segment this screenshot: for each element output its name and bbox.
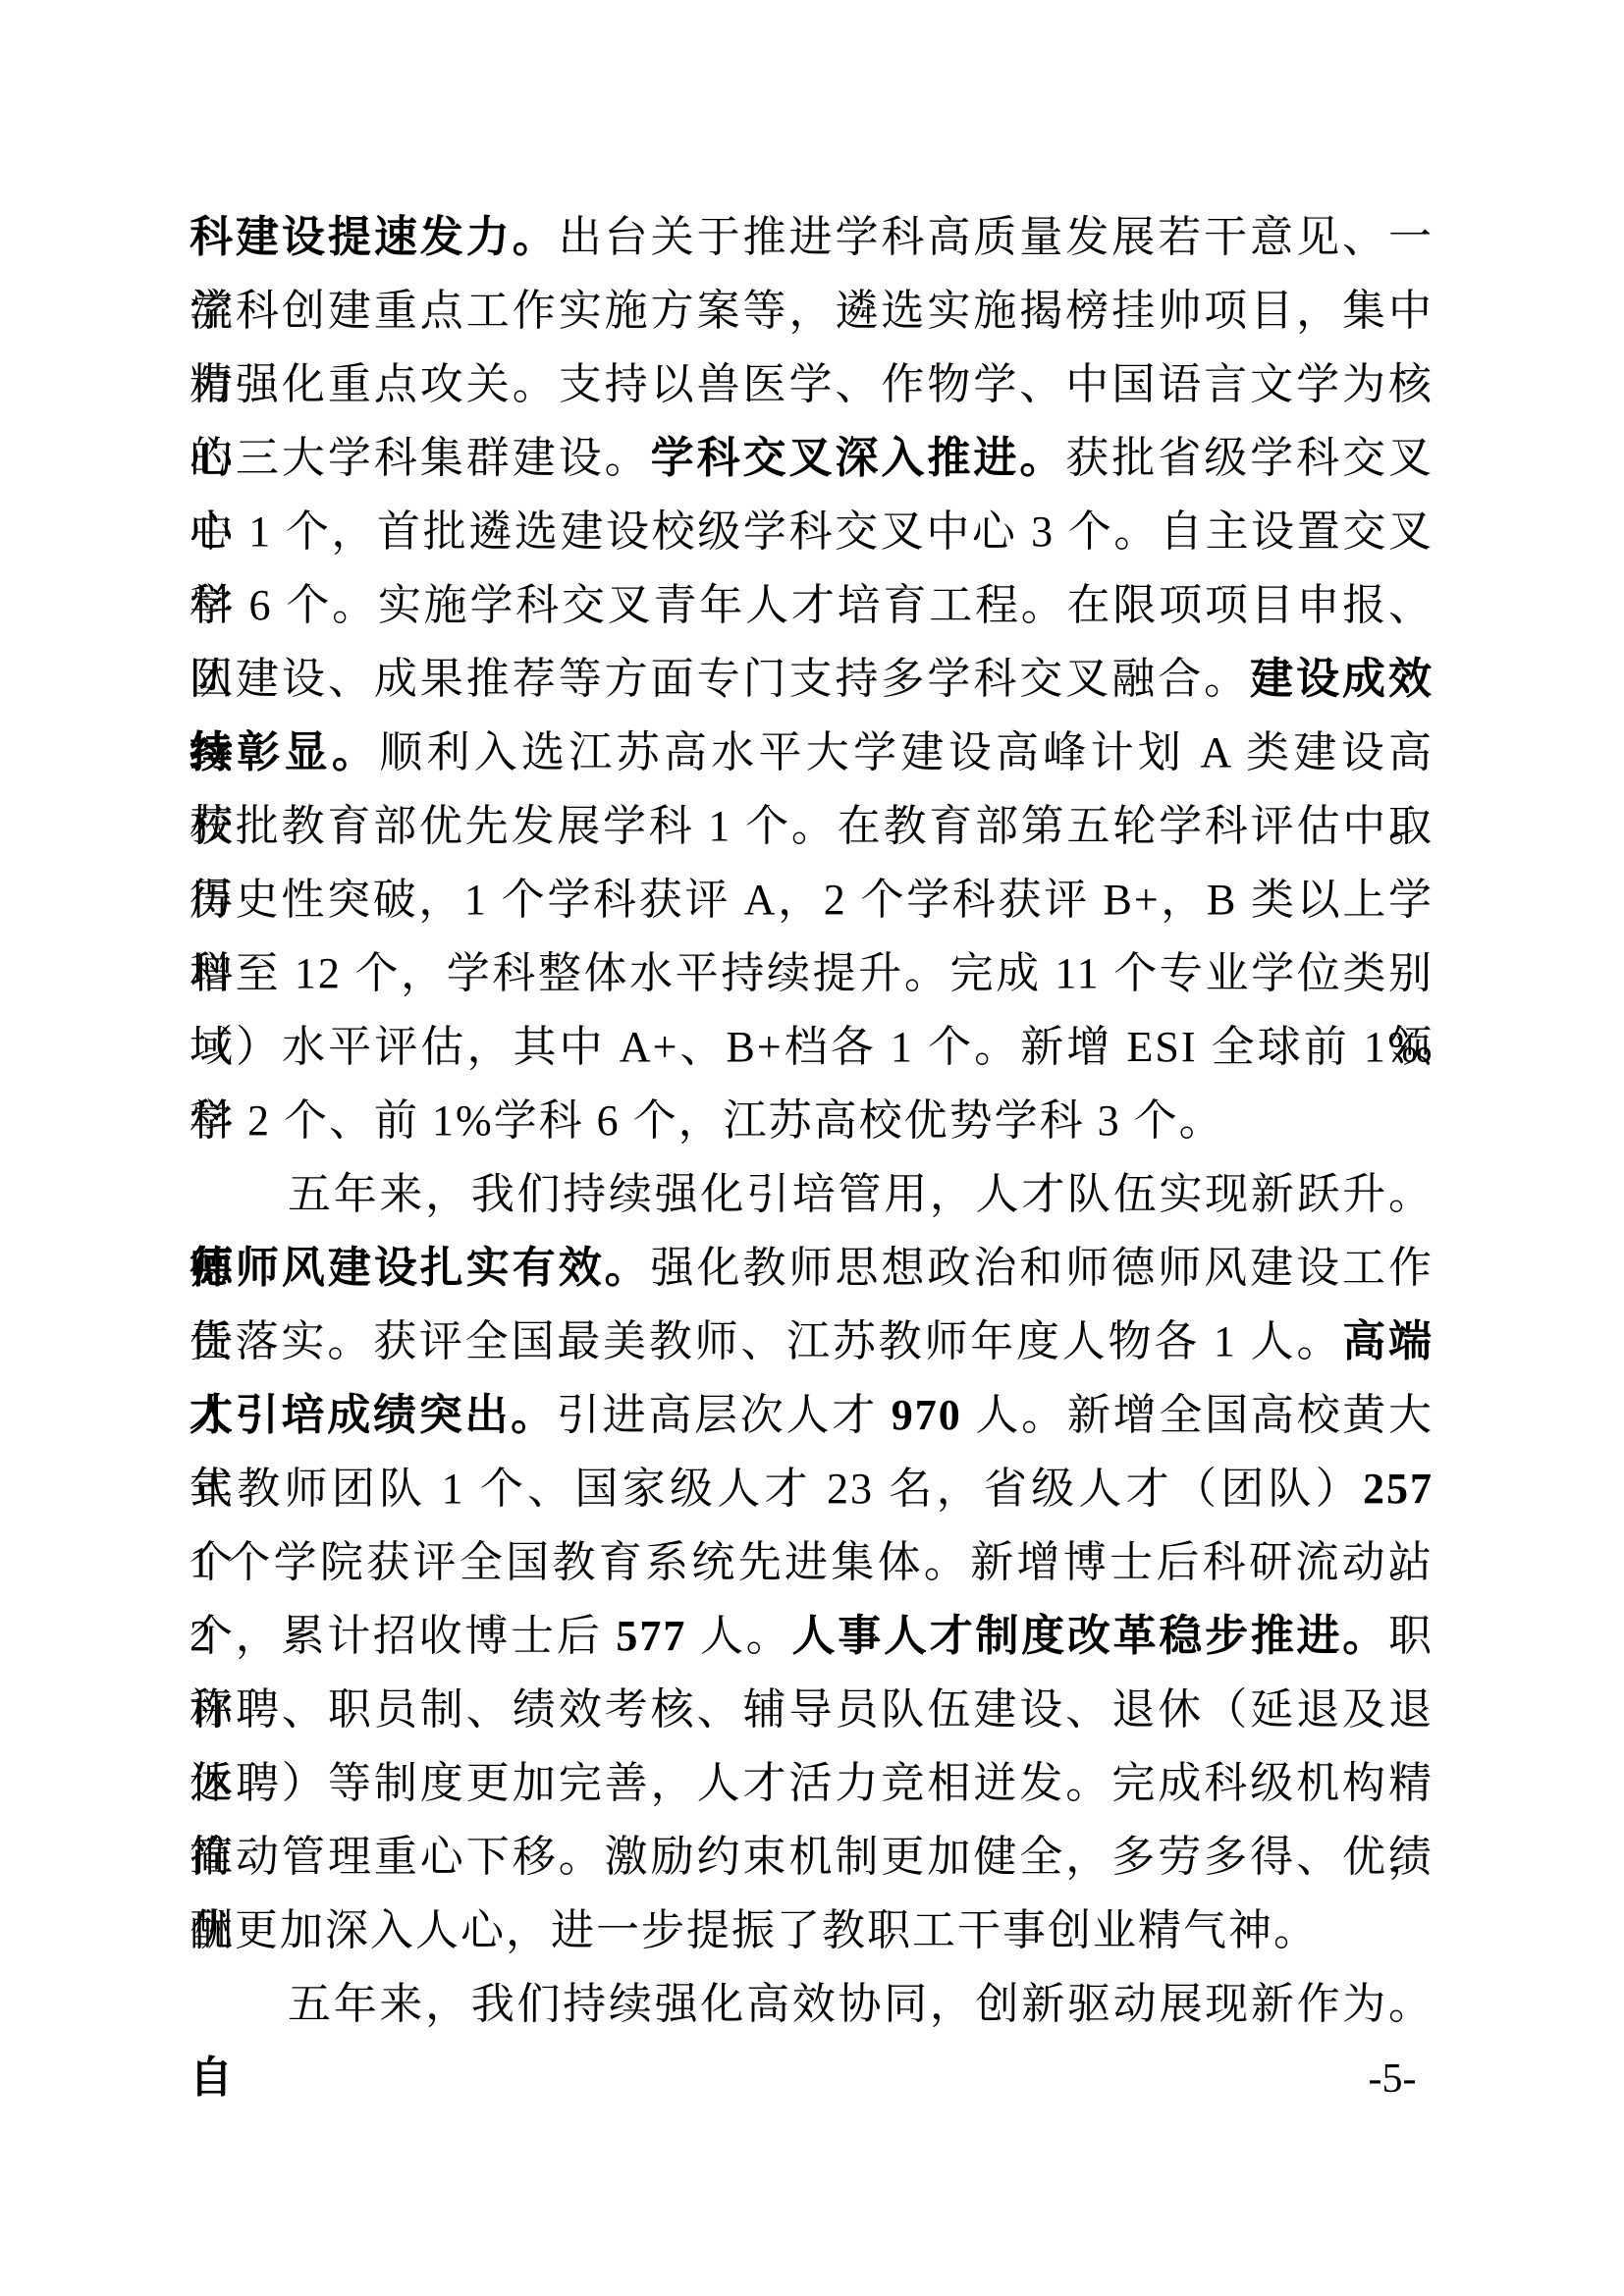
- text-line: 的三大学科集群建设。学科交叉深入推进。获批省级学科交叉中: [189, 421, 1434, 495]
- text-segment: 酬更加深入人心，进一步提振了教职工干事创业精气神。: [189, 1906, 1319, 1954]
- text-segment: 人。: [686, 1612, 791, 1660]
- bold-text-segment: 学科交叉深入推进。: [651, 434, 1066, 482]
- text-line: 科 6 个。实施学科交叉青年人才培育工程。在限项项目申报、团: [189, 568, 1434, 642]
- text-line: 五年来，我们持续强化高效协同，创新驱动展现新作为。自: [189, 1967, 1434, 2041]
- text-segment: 个，累计招收博士后: [189, 1612, 616, 1660]
- text-line: 心 1 个，首批遴选建设校级学科交叉中心 3 个。自主设置交叉学: [189, 495, 1434, 568]
- text-line: 队建设、成果推荐等方面专门支持多学科交叉融合。建设成效持: [189, 642, 1434, 716]
- document-body: 科建设提速发力。出台关于推进学科高质量发展若干意见、一流学科创建重点工作实施方案…: [189, 200, 1434, 2041]
- text-line: 历史性突破，1 个学科获评 A，2 个学科获评 B+，B 类以上学科: [189, 863, 1434, 936]
- bold-text-segment: 人事人才制度改革稳步推进。: [792, 1612, 1389, 1660]
- text-line: 科建设提速发力。出台关于推进学科高质量发展若干意见、一流: [189, 200, 1434, 274]
- text-line: 德师风建设扎实有效。强化教师思想政治和师德师风建设工作责: [189, 1231, 1434, 1305]
- text-line: 式教师团队 1 个、国家级人才 23 名，省级人才（团队）257 个。: [189, 1452, 1434, 1525]
- text-segment: 五年来，我们持续强化高效协同，创新驱动展现新作为。: [288, 1980, 1434, 2028]
- text-line: 力强化重点攻关。支持以兽医学、作物学、中国语言文学为核心: [189, 347, 1434, 421]
- text-line: 五年来，我们持续强化引培管用，人才队伍实现新跃升。师: [189, 1157, 1434, 1231]
- text-line: 域）水平评估，其中 A+、B+档各 1 个。新增 ESI 全球前 1‰学: [189, 1010, 1434, 1084]
- text-line: 续彰显。顺利入选江苏高水平大学建设高峰计划 A 类建设高校。: [189, 716, 1434, 789]
- text-segment: 任落实。获评全国最美教师、江苏教师年度人物各 1 人。: [189, 1317, 1342, 1365]
- text-line: 酬更加深入人心，进一步提振了教职工干事创业精气神。: [189, 1894, 1434, 1967]
- bold-text-segment: 续彰显。: [189, 728, 379, 776]
- bold-text-segment: 970: [892, 1391, 962, 1439]
- text-line: 才引培成绩突出。引进高层次人才 970 人。新增全国高校黄大年: [189, 1378, 1434, 1452]
- text-line: 学科创建重点工作实施方案等，遴选实施揭榜挂帅项目，集中精: [189, 274, 1434, 347]
- text-line: 推动管理重心下移。激励约束机制更加健全，多劳多得、优绩优: [189, 1820, 1434, 1894]
- text-segment: 引进高层次人才: [557, 1391, 892, 1439]
- text-segment: 式教师团队 1 个、国家级人才 23 名，省级人才（团队）: [189, 1465, 1363, 1513]
- text-segment: 的三大学科集群建设。: [189, 434, 651, 482]
- bold-text-segment: 才引培成绩突出。: [189, 1391, 557, 1439]
- text-segment: 五年来，我们持续强化引培管用，人才队伍实现新跃升。: [288, 1170, 1434, 1218]
- bold-text-segment: 257: [1363, 1465, 1434, 1513]
- text-line: 增至 12 个，学科整体水平持续提升。完成 11 个专业学位类别（领: [189, 936, 1434, 1010]
- text-line: 1 个学院获评全国教育系统先进集体。新增博士后科研流动站 2: [189, 1525, 1434, 1599]
- text-line: 任落实。获评全国最美教师、江苏教师年度人物各 1 人。高端人: [189, 1305, 1434, 1378]
- text-line: 评聘、职员制、绩效考核、辅导员队伍建设、退休（延退及退休: [189, 1673, 1434, 1746]
- document-page: 科建设提速发力。出台关于推进学科高质量发展若干意见、一流学科创建重点工作实施方案…: [0, 0, 1624, 2296]
- text-segment: 科 2 个、前 1%学科 6 个，江苏高校优势学科 3 个。: [189, 1096, 1224, 1145]
- text-line: 个，累计招收博士后 577 人。人事人才制度改革稳步推进。职称: [189, 1599, 1434, 1673]
- text-line: 返聘）等制度更加完善，人才活力竞相迸发。完成科级机构精简，: [189, 1746, 1434, 1820]
- bold-text-segment: 科建设提速发力。: [189, 213, 559, 261]
- bold-text-segment: 自: [189, 2054, 235, 2102]
- bold-text-segment: 577: [616, 1612, 686, 1660]
- text-line: 科 2 个、前 1%学科 6 个，江苏高校优势学科 3 个。: [189, 1084, 1434, 1157]
- text-segment: 队建设、成果推荐等方面专门支持多学科交叉融合。: [189, 655, 1250, 703]
- text-line: 获批教育部优先发展学科 1 个。在教育部第五轮学科评估中取得: [189, 789, 1434, 863]
- bold-text-segment: 德师风建设扎实有效。: [189, 1244, 651, 1292]
- page-number: -5-: [1333, 2050, 1451, 2109]
